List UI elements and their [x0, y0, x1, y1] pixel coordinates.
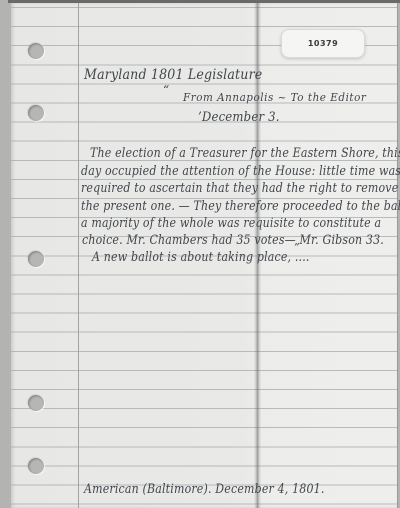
source-citation: American (Baltimore). December 4, 1801. [84, 482, 325, 497]
punch-hole-5 [28, 458, 44, 474]
article-body-line: choice. Mr. Chambers had 35 votes— Mr. G… [82, 233, 384, 248]
article-dateline: ’December 3. [198, 110, 280, 125]
catalog-number: 10379 [308, 39, 338, 48]
notebook-paper-sheet: 10379 Maryland 1801 Legislature “ From A… [11, 3, 398, 508]
article-body-line: A new ballot is about taking place, .... [92, 250, 310, 265]
note-title: Maryland 1801 Legislature [84, 67, 262, 83]
opening-quote-mark: “ [163, 83, 169, 97]
margin-line [78, 3, 79, 508]
punch-hole-3 [28, 251, 44, 267]
closing-quote-mark: ” [294, 241, 300, 254]
article-body-line: day occupied the attention of the House:… [81, 164, 400, 179]
punch-hole-2 [28, 105, 44, 121]
article-body-line: required to ascertain that they had the … [81, 181, 398, 196]
article-heading: From Annapolis ~ To the Editor [183, 90, 366, 104]
article-body-line: the present one. — They therefore procee… [81, 199, 400, 214]
punch-hole-4 [28, 395, 44, 411]
catalog-sticker: 10379 [281, 29, 365, 58]
punch-hole-1 [28, 43, 44, 59]
article-body-line: The election of a Treasurer for the East… [90, 146, 400, 161]
article-body-line: a majority of the whole was requisite to… [81, 216, 381, 231]
